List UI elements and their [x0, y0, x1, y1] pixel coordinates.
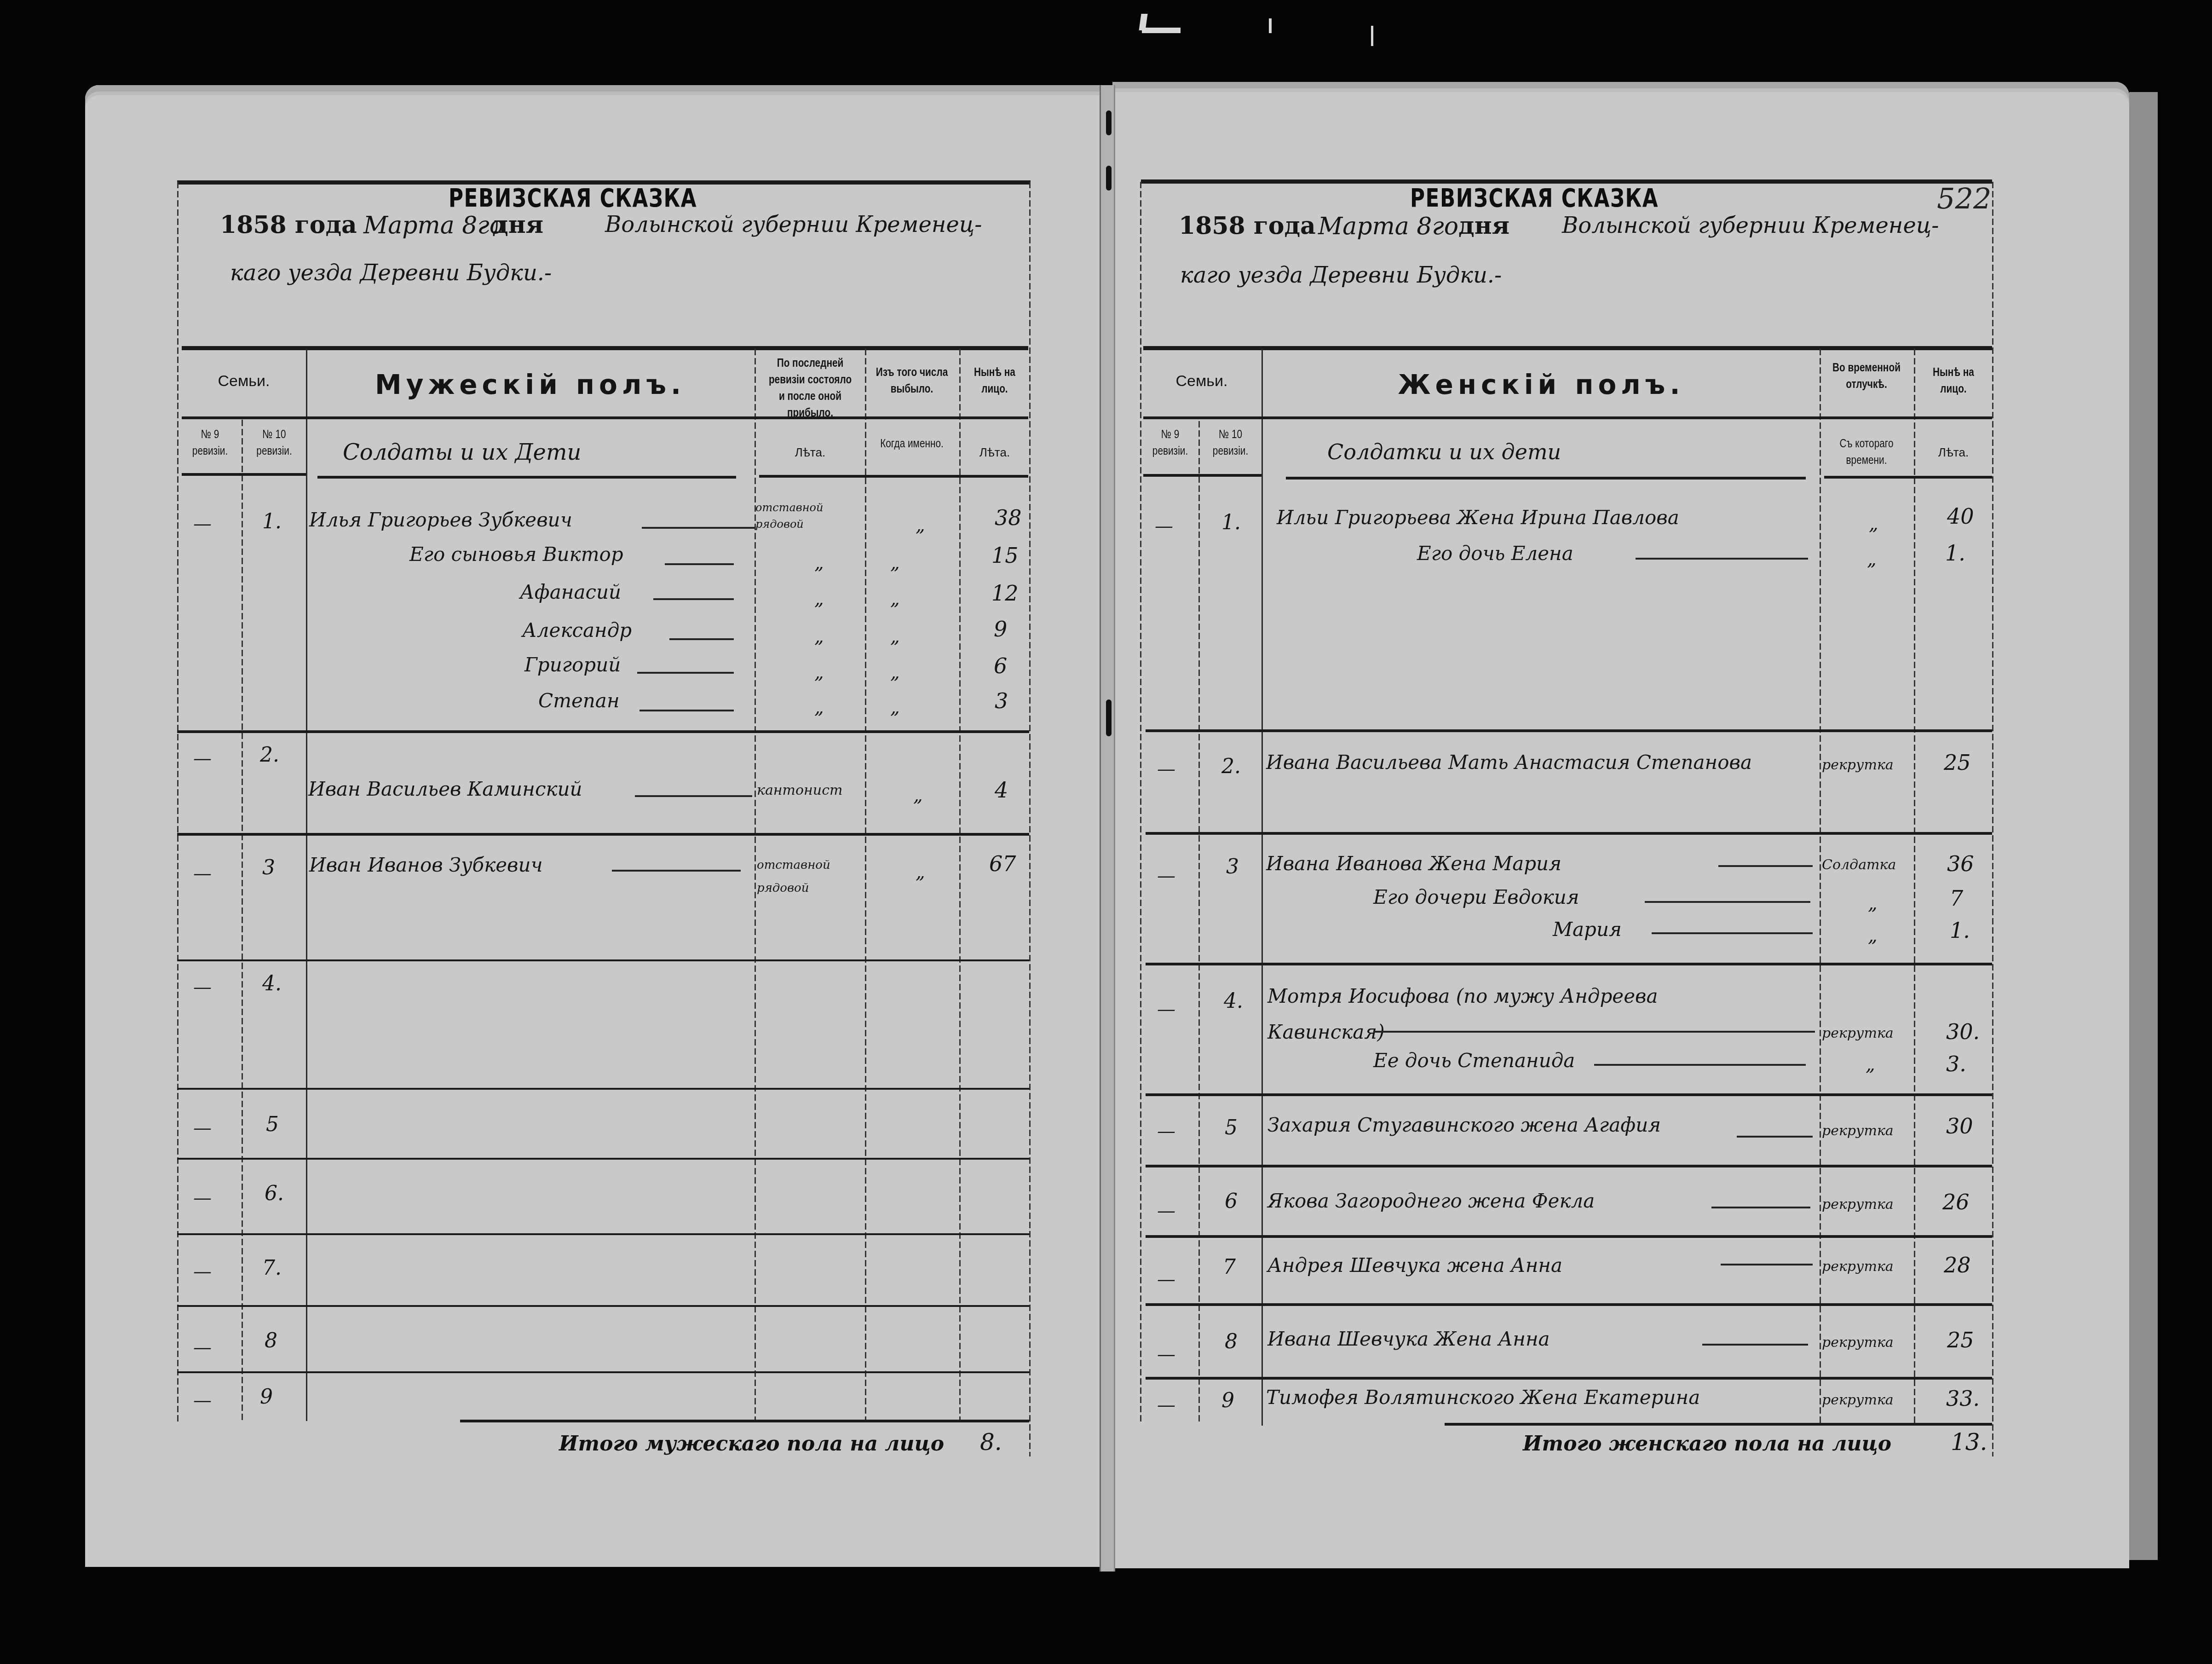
- book-spine: [1100, 85, 1115, 1572]
- entry-name: Мария: [1553, 918, 1622, 941]
- row-separator: [1146, 1165, 1992, 1167]
- entry-name: Иван Иванов Зубкевич: [309, 854, 543, 876]
- entry-name: Ильи Григорьева Жена Ирина Павлова: [1277, 506, 1679, 529]
- entry-name: Ивана Шевчука Жена Анна: [1267, 1328, 1550, 1350]
- entry-since: рекрутка: [1822, 1259, 1894, 1275]
- row-no10: 8: [1225, 1330, 1238, 1353]
- entry-name: Григорий: [524, 653, 621, 676]
- fill-line: [665, 563, 734, 565]
- date-month: Марта 8го: [363, 212, 504, 239]
- date-day-label: дня: [1458, 212, 1509, 240]
- row-no10: 6.: [265, 1182, 284, 1205]
- row-no10: 6: [1225, 1190, 1238, 1213]
- header-mid-rule: [182, 416, 1028, 419]
- entry-age: 28: [1944, 1253, 1971, 1277]
- entry-departed: „: [890, 552, 900, 573]
- row-no9: —: [193, 1390, 212, 1411]
- header-female-section: Женскій полъ.: [1263, 369, 1820, 400]
- entry-since: „: [1869, 513, 1878, 534]
- frame-right: [1992, 182, 1993, 1456]
- entry-since: рекрутка: [1822, 1392, 1894, 1408]
- fill-line: [642, 527, 755, 529]
- header-families: Семьи.: [182, 373, 306, 389]
- col-divider: [242, 420, 243, 1423]
- binding-hole: [1106, 699, 1112, 736]
- document-title: РЕВИЗСКАЯ СКАЗКА: [449, 183, 697, 213]
- header-present-now: Нынѣ на лицо.: [1923, 364, 1984, 397]
- row-no10: 2.: [260, 743, 279, 767]
- subheader-rule: [317, 476, 736, 479]
- entry-age: 12: [991, 581, 1019, 606]
- entry-name: Захария Стугавинского жена Агафия: [1267, 1114, 1661, 1136]
- date-location: Волынской губернии Кременец-: [605, 212, 982, 237]
- entry-age: 4: [995, 778, 1008, 803]
- row-no9: —: [1157, 999, 1175, 1020]
- entry-departed: „: [916, 861, 925, 883]
- entry-status: „: [814, 662, 824, 683]
- total-rule: [460, 1420, 1029, 1422]
- row-no10: 5: [266, 1113, 279, 1136]
- entry-since: рекрутка: [1822, 1025, 1894, 1041]
- entry-departed: „: [913, 785, 923, 806]
- subheader-years-now: Лѣта.: [960, 444, 1029, 461]
- fill-line: [669, 638, 734, 640]
- header-mid-rule: [1143, 416, 1992, 419]
- entry-name: Иван Васильев Каминский: [308, 778, 582, 800]
- entry-status: отставной рядовой: [757, 854, 830, 900]
- male-total-label: Итого мужескаго пола на лицо: [559, 1432, 944, 1456]
- header-present-now: Нынѣ на лицо.: [967, 364, 1022, 397]
- entry-since: рекрутка: [1822, 1335, 1894, 1351]
- row-separator: [177, 959, 1029, 961]
- row-no10: 7.: [262, 1256, 282, 1280]
- row-separator: [177, 1371, 1029, 1373]
- entry-name: Степан: [538, 689, 620, 712]
- location-line-2: каго уезда Деревни Будки.-: [230, 260, 552, 286]
- entry-name: Тимофея Волятинского Жена Екатерина: [1266, 1386, 1700, 1409]
- fill-line: [1711, 1207, 1810, 1208]
- row-no9: —: [1157, 758, 1175, 780]
- row-separator: [1146, 1377, 1992, 1380]
- row-no10: 8: [265, 1329, 277, 1352]
- fill-line: [1636, 558, 1808, 560]
- subheader-when: Когда именно.: [875, 435, 949, 451]
- table-top-rule: [182, 346, 1028, 350]
- entry-age: 3: [995, 688, 1008, 713]
- date-location: Волынской губернии Кременец-: [1562, 213, 1939, 238]
- subheader-rule: [759, 475, 1028, 478]
- row-separator: [1146, 832, 1992, 835]
- entry-name: Мотря Иосифова (по мужу Андреева: [1267, 985, 1658, 1007]
- binding-hole: [1106, 110, 1112, 135]
- row-separator: [177, 1305, 1029, 1307]
- fill-line: [1652, 932, 1813, 934]
- entry-name: Ивана Иванова Жена Мария: [1266, 852, 1561, 875]
- fill-line: [637, 672, 734, 674]
- scanner-clip-mark: [1142, 28, 1181, 33]
- entry-age: 40: [1947, 504, 1974, 529]
- fill-line: [1721, 1264, 1813, 1265]
- row-no9: —: [193, 1187, 212, 1208]
- row-no10: 2.: [1221, 755, 1241, 778]
- subheader-rule: [182, 473, 306, 476]
- entry-age: 1.: [1945, 541, 1965, 566]
- row-no10: 9: [260, 1385, 273, 1409]
- document-title: РЕВИЗСКАЯ СКАЗКА: [1410, 183, 1659, 213]
- col-divider: [865, 349, 866, 1421]
- row-no9: —: [1157, 1344, 1175, 1365]
- entry-since: Солдатка: [1822, 857, 1896, 873]
- scanner-clip-mark: [1269, 18, 1272, 33]
- entry-name: Ивана Васильева Мать Анастасия Степанова: [1266, 751, 1752, 774]
- col-divider: [1198, 421, 1200, 1424]
- entry-name: Илья Григорьев Зубкевич: [309, 508, 572, 531]
- entry-name: Ее дочь Степанида: [1373, 1049, 1575, 1072]
- entry-status: „: [814, 626, 824, 647]
- date-day-label: дня: [492, 211, 543, 239]
- header-departed: Изъ того числа выбыло.: [875, 364, 949, 397]
- row-no9: —: [1157, 1121, 1175, 1142]
- row-no9: —: [1157, 1269, 1175, 1290]
- entry-since: рекрутка: [1822, 757, 1894, 773]
- entry-age: 38: [995, 505, 1022, 530]
- male-total-value: 8.: [980, 1429, 1002, 1456]
- row-no9: —: [1157, 865, 1175, 886]
- row-no9: —: [193, 513, 212, 534]
- frame-right: [1029, 182, 1031, 1456]
- entry-age: 30.: [1946, 1019, 1980, 1044]
- entry-status: „: [814, 552, 824, 573]
- entry-name: Его сыновья Виктор: [409, 543, 623, 566]
- row-no10: 3: [262, 856, 275, 879]
- scanner-clip-mark: [1371, 26, 1373, 46]
- header-temporary-absence: Во временной отлучкѣ.: [1830, 359, 1903, 392]
- entry-departed: „: [890, 697, 900, 718]
- row-separator: [177, 1233, 1029, 1235]
- row-separator: [1146, 729, 1992, 732]
- entry-status: „: [814, 588, 824, 609]
- row-separator: [177, 730, 1029, 733]
- subheader-soldiers-children: Солдаты и их Дети: [343, 439, 581, 465]
- entry-age: 9: [994, 617, 1007, 641]
- col-divider: [1820, 349, 1821, 1426]
- entry-departed: „: [890, 662, 900, 683]
- entry-age: 7: [1950, 886, 1963, 911]
- fill-line: [1594, 1064, 1806, 1066]
- total-rule: [1445, 1423, 1992, 1426]
- binding-hole: [1106, 166, 1112, 191]
- entry-departed: „: [890, 588, 900, 609]
- entry-since: „: [1868, 925, 1878, 946]
- entry-since: „: [1867, 549, 1877, 570]
- date-year: 1858 года: [220, 211, 357, 239]
- entry-age: 30: [1946, 1114, 1973, 1138]
- subheader-rule: [1824, 476, 1992, 479]
- entry-age: 33.: [1946, 1386, 1980, 1411]
- entry-name: Кавинская): [1267, 1021, 1385, 1043]
- row-separator: [1146, 1303, 1992, 1306]
- location-line-2: каго уезда Деревни Будки.-: [1180, 262, 1502, 288]
- table-top-rule: [1143, 346, 1992, 350]
- entry-status: кантонист: [757, 782, 842, 798]
- row-no9: —: [193, 863, 212, 884]
- fill-line: [612, 870, 741, 872]
- fill-line: [1702, 1344, 1808, 1346]
- page-stack-edge: [2129, 92, 2158, 1560]
- frame-left: [1140, 182, 1141, 1424]
- entry-name: Его дочь Елена: [1417, 542, 1573, 565]
- col-divider: [306, 349, 307, 1421]
- row-separator: [177, 1158, 1029, 1160]
- page-number: 522: [1937, 182, 1991, 215]
- header-families: Семьи.: [1142, 373, 1262, 389]
- entry-name: Андрея Шевчука жена Анна: [1267, 1254, 1562, 1277]
- fill-line: [1645, 901, 1810, 903]
- col-divider: [959, 349, 961, 1421]
- row-no9: —: [193, 748, 212, 769]
- row-separator: [177, 833, 1029, 836]
- entry-since: „: [1866, 1054, 1875, 1075]
- entry-since: „: [1868, 893, 1878, 914]
- subheader-no-10: № 10 ревизіи.: [1206, 426, 1256, 459]
- subheader-soldier-wives-children: Солдатки и их дети: [1327, 439, 1561, 464]
- row-no10: 1.: [1221, 511, 1241, 534]
- entry-age: 15: [991, 543, 1019, 568]
- fill-line: [1718, 865, 1813, 867]
- subheader-no-10: № 10 ревизіи.: [249, 426, 300, 459]
- entry-age: 6: [994, 653, 1007, 678]
- row-no10: 7: [1223, 1255, 1236, 1279]
- fill-line: [1737, 1136, 1813, 1138]
- entry-age: 36: [1947, 851, 1974, 876]
- fill-line: [639, 710, 734, 711]
- header-male-section: Мужескій полъ.: [306, 369, 755, 400]
- fill-line: [1373, 1031, 1815, 1033]
- entry-age: 3.: [1946, 1052, 1966, 1076]
- female-total-value: 13.: [1951, 1429, 1987, 1456]
- row-no9: —: [1157, 1200, 1175, 1221]
- subheader-rule: [1143, 474, 1262, 477]
- entry-since: рекрутка: [1822, 1123, 1894, 1139]
- row-no10: 1.: [262, 510, 282, 533]
- frame-left: [177, 182, 179, 1424]
- subheader-no-9: № 9 ревизіи.: [185, 426, 236, 459]
- col-divider: [1262, 349, 1263, 1426]
- entry-name: Его дочери Евдокия: [1373, 886, 1579, 908]
- row-no9: —: [1155, 515, 1173, 537]
- fill-line: [635, 795, 752, 797]
- subheader-no-9: № 9 ревизіи.: [1147, 426, 1192, 459]
- row-no9: —: [193, 976, 212, 998]
- row-no10: 9: [1221, 1389, 1234, 1412]
- entry-departed: „: [916, 514, 925, 536]
- row-separator: [177, 1088, 1029, 1090]
- entry-name: Александр: [522, 619, 632, 641]
- row-no9: —: [193, 1117, 212, 1138]
- subheader-rule: [1286, 477, 1806, 480]
- row-separator: [1146, 963, 1992, 965]
- date-month: Марта 8го: [1318, 213, 1458, 240]
- right-page: [1112, 82, 2129, 1568]
- header-last-revision: По последней ревизіи состояло и после он…: [766, 354, 854, 421]
- row-no10: 4.: [1224, 989, 1243, 1013]
- row-no9: —: [193, 1261, 212, 1282]
- row-no10: 3: [1226, 855, 1239, 878]
- row-no9: —: [1157, 1394, 1175, 1416]
- entry-status: отставной рядовой: [755, 499, 864, 532]
- fill-line: [653, 598, 734, 600]
- date-year: 1858 года: [1179, 212, 1316, 240]
- entry-departed: „: [890, 626, 900, 647]
- entry-age: 25: [1944, 750, 1971, 775]
- row-no10: 5: [1225, 1116, 1238, 1139]
- entry-since: рекрутка: [1822, 1196, 1894, 1213]
- entry-age: 67: [989, 851, 1016, 876]
- entry-status: „: [814, 697, 824, 718]
- col-divider: [1914, 349, 1915, 1426]
- row-separator: [1146, 1235, 1992, 1238]
- subheader-years: Лѣта.: [1915, 444, 1992, 461]
- row-separator: [1146, 1093, 1992, 1096]
- female-total-label: Итого женскаго пола на лицо: [1523, 1432, 1891, 1456]
- row-no10: 4.: [262, 972, 282, 995]
- subheader-years: Лѣта.: [755, 444, 865, 461]
- left-page: [85, 85, 1100, 1567]
- entry-name: Афанасий: [520, 581, 621, 603]
- entry-age: 1.: [1950, 918, 1970, 943]
- subheader-since-when: Съ котораго времени.: [1830, 435, 1903, 468]
- entry-age: 26: [1942, 1190, 1970, 1214]
- row-no9: —: [193, 1337, 212, 1358]
- entry-name: Якова Загороднего жена Фекла: [1267, 1190, 1595, 1212]
- entry-age: 25: [1947, 1328, 1974, 1352]
